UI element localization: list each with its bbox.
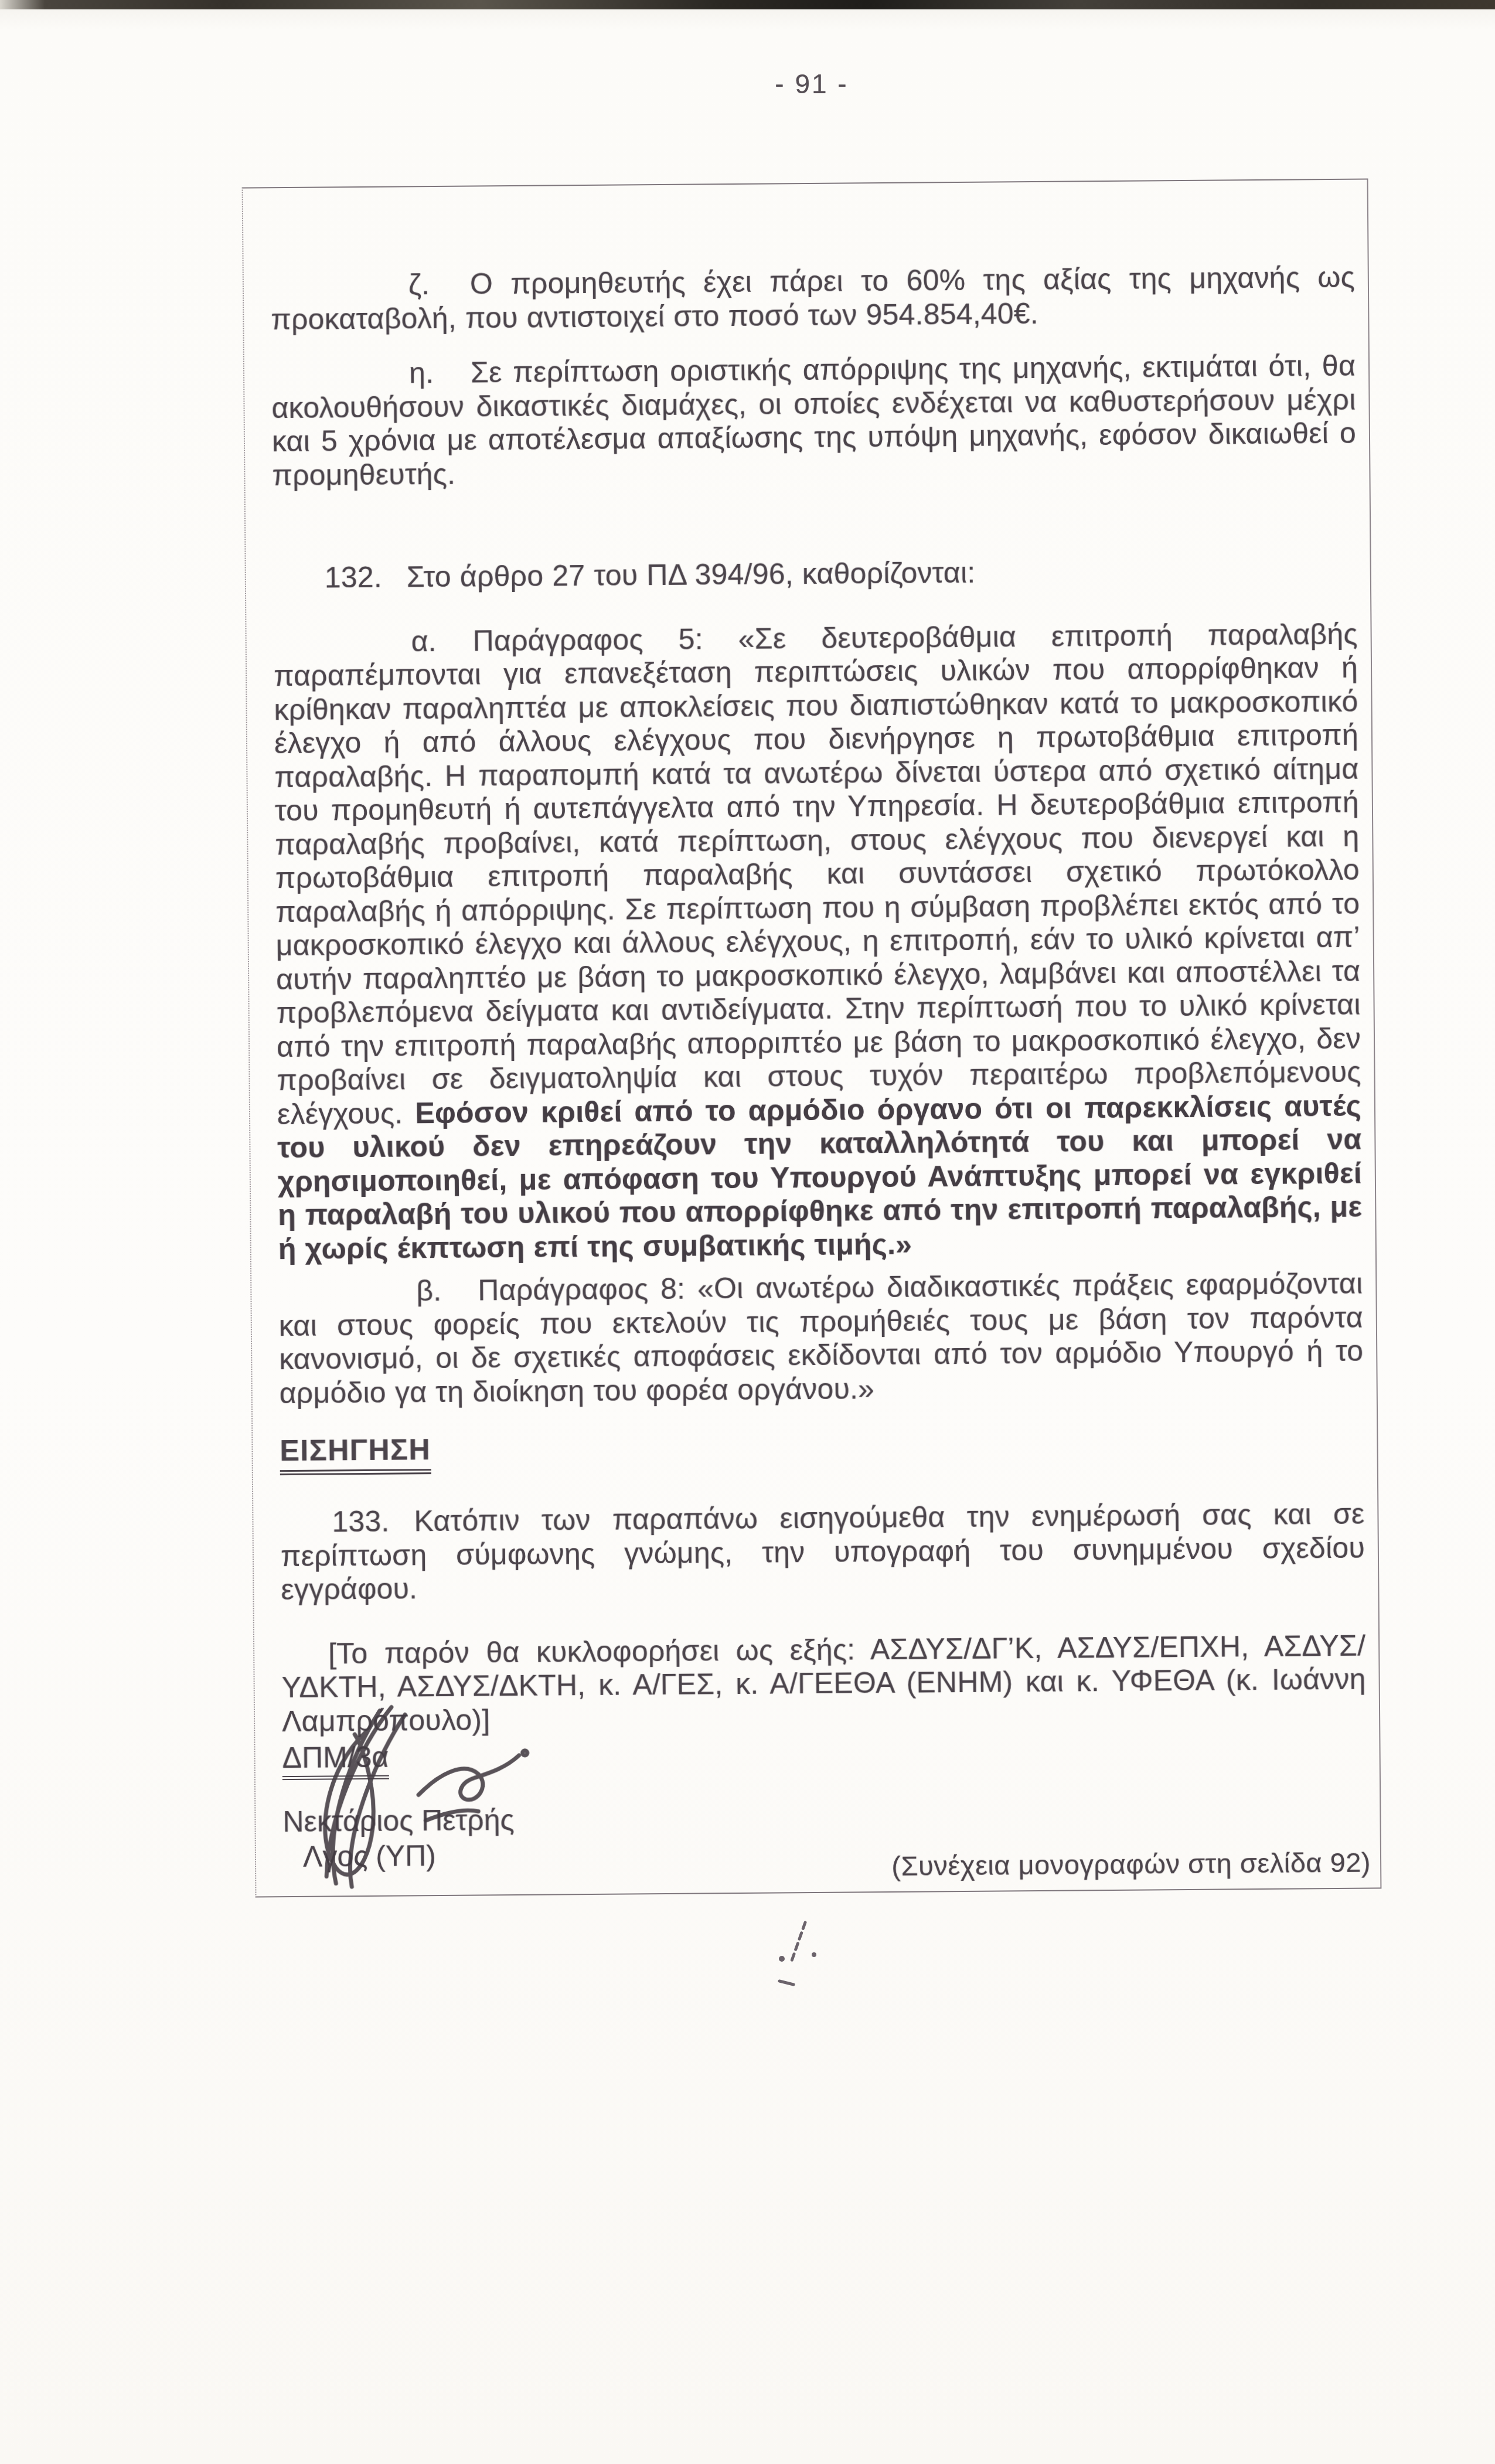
office-code: ΔΠΜ/3α bbox=[282, 1740, 389, 1780]
circulation-note: [Το παρόν θα κυκλοφορήσει ως εξής: ΑΣΔΥΣ… bbox=[281, 1629, 1366, 1738]
paragraph-132-number: 132. bbox=[325, 560, 407, 595]
section-heading-text: ΕΙΣΗΓΗΣΗ bbox=[280, 1432, 431, 1475]
paragraph-132: 132.Στο άρθρο 27 του ΠΔ 394/96, καθορίζο… bbox=[273, 553, 1357, 595]
paragraph-a: α.Παράγραφος 5: «Σε δευτεροβάθμια επιτρο… bbox=[273, 617, 1363, 1266]
continuation-mark-icon bbox=[769, 1918, 822, 1994]
scanned-page: - 91 - ζ.Ο προμηθευτής έχει πάρει το 60%… bbox=[0, 0, 1495, 2464]
paragraph-z: ζ.Ο προμηθευτής έχει πάρει το 60% της αξ… bbox=[271, 261, 1356, 337]
section-heading: ΕΙΣΗΓΗΣΗ bbox=[280, 1425, 1364, 1476]
paragraph-133-text: Κατόπιν των παραπάνω εισηγούμεθα την ενη… bbox=[281, 1498, 1365, 1607]
paragraph-b: β.Παράγραφος 8: «Οι ανωτέρω διαδικαστικέ… bbox=[278, 1267, 1364, 1411]
paragraph-133-number: 133. bbox=[332, 1505, 414, 1539]
continuation-note: (Συνέχεια μονογραφών στη σελίδα 92) bbox=[891, 1846, 1371, 1882]
paragraph-h-label: η. bbox=[409, 356, 471, 390]
paragraph-a-text: Παράγραφος 5: «Σε δευτεροβάθμια επιτροπή… bbox=[274, 617, 1361, 1131]
page-number: - 91 - bbox=[249, 68, 1374, 100]
paragraph-a-label: α. bbox=[411, 624, 472, 658]
scan-edge-artifact bbox=[0, 0, 1495, 9]
paragraph-a-bold-text: Εφόσον κριθεί από το αρμόδιο όργανο ότι … bbox=[277, 1089, 1362, 1265]
paragraph-132-text: Στο άρθρο 27 του ΠΔ 394/96, καθορίζονται… bbox=[407, 556, 976, 594]
document-frame: ζ.Ο προμηθευτής έχει πάρει το 60% της αξ… bbox=[242, 178, 1382, 1897]
paragraph-z-label: ζ. bbox=[408, 268, 470, 302]
paragraph-133: 133.Κατόπιν των παραπάνω εισηγούμεθα την… bbox=[280, 1498, 1365, 1607]
paragraph-b-label: β. bbox=[416, 1274, 478, 1308]
paragraph-h: η.Σε περίπτωση οριστικής απόρριψης της μ… bbox=[271, 349, 1357, 493]
